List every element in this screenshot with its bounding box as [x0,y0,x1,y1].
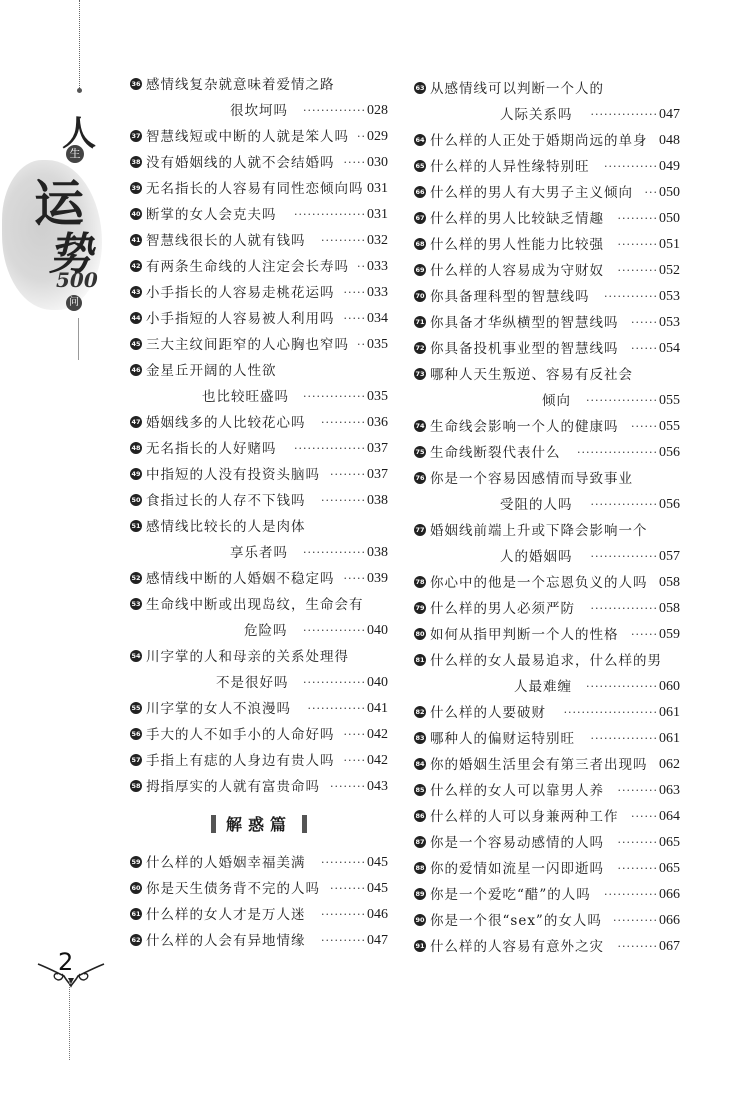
entry-page-number: 039 [367,566,388,592]
toc-entry: 89你是一个爱吃“醋”的人吗············066 [414,882,680,908]
entry-number-badge: 61 [130,908,142,920]
entry-number-badge: 52 [130,572,142,584]
entry-page-number: 063 [659,778,680,804]
entry-title: 感情线中断的人婚姻不稳定吗 [146,571,335,587]
entry-number-badge: 80 [414,628,426,640]
entry-page-number: 041 [367,696,388,722]
entry-number-badge: 38 [130,156,142,168]
entry-number-badge: 75 [414,446,426,458]
entry-title: 无名指长的人容易有同性恋倾向吗 [146,181,364,197]
entry-number-badge: 76 [414,472,426,484]
toc-entry: 人际关系吗···············047 [414,102,680,128]
leader-dots: ········· [610,830,658,856]
entry-title: 什么样的人婚姻幸福美满 [146,855,306,871]
toc-list-right: 63从感情线可以判断一个人的人际关系吗···············04764什… [414,76,680,960]
entry-number-badge: 40 [130,208,142,220]
toc-entry: 82什么样的人要破财·····················061 [414,700,680,726]
entry-page-number: 043 [367,774,388,800]
title-char-sheng: 生 [66,145,84,163]
entry-page-number: 065 [659,856,680,882]
entry-page-number: 046 [367,902,388,928]
entry-number-badge: 85 [414,784,426,796]
entry-title: 婚姻线前端上升或下降会影响一个 [430,523,648,539]
entry-number-badge: 51 [130,520,142,532]
leader-dots: ····· [341,748,367,774]
section-bar-right [302,815,307,833]
leader-dots: ····· [341,306,367,332]
entry-page-number: 067 [659,934,680,960]
entry-page-number: 035 [367,332,388,358]
toc-entry: 73哪种人天生叛逆、容易有反社会 [414,362,680,388]
leader-dots: ······ [625,310,659,336]
leader-dots: ·· [355,332,366,358]
toc-entry: 44小手指短的人容易被人利用吗·····034 [130,306,388,332]
leader-dots: ····· [341,280,367,306]
leader-dots: ······ [625,414,659,440]
leader-dots: ··············· [579,544,659,570]
entry-number-badge: 37 [130,130,142,142]
leader-dots: ·· [355,124,366,150]
leader-dots: ·········· [312,850,367,876]
entry-number-badge: 56 [130,728,142,740]
leader-dots: ·············· [295,384,366,410]
entry-title: 智慧线短或中断的人就是笨人吗 [146,129,349,145]
leader-dots: ············ [597,882,658,908]
leader-dots: ········· [610,934,658,960]
entry-page-number: 037 [367,462,388,488]
entry-title: 生命线断裂代表什么 [430,445,561,461]
entry-number-badge: 54 [130,650,142,662]
toc-entry: 享乐者吗··············038 [130,540,388,566]
entry-title: 你是一个容易动感情的人吗 [430,835,604,851]
entry-number-badge: 50 [130,494,142,506]
entry-number-badge: 42 [130,260,142,272]
entry-page-number: 059 [659,622,680,648]
leader-dots: ················ [283,436,367,462]
entry-title: 手大的人不如手小的人命好吗 [146,727,335,743]
entry-title: 你的爱情如流星一闪即逝吗 [430,861,604,877]
toc-entry: 90你是一个很“sex”的女人吗··········066 [414,908,680,934]
toc-left-column: 36感情线复杂就意味着爱情之路很坎坷吗··············02837智慧… [130,72,388,954]
toc-entry: 54川字掌的人和母亲的关系处理得 [130,644,388,670]
entry-title: 什么样的女人才是万人迷 [146,907,306,923]
entry-title: 生命线会影响一个人的健康吗 [430,419,619,435]
decorative-dotted-line-top [79,0,80,88]
entry-page-number: 042 [367,748,388,774]
entry-page-number: 040 [367,670,388,696]
entry-title: 川字掌的人和母亲的关系处理得 [146,649,349,665]
toc-entry: 39无名指长的人容易有同性恋倾向吗031 [130,176,388,202]
leader-dots: ··············· [581,596,658,622]
entry-title: 三大主纹间距窄的人心胸也窄吗 [146,337,349,353]
leader-dots: ·········· [312,928,367,954]
leader-dots: ······ [625,336,659,362]
entry-number-badge: 62 [130,934,142,946]
entry-page-number: 034 [367,306,388,332]
toc-entry: 57手指上有痣的人身边有贵人吗·····042 [130,748,388,774]
entry-title: 人最难缠 [514,679,572,695]
toc-entry: 37智慧线短或中断的人就是笨人吗··029 [130,124,388,150]
entry-title: 倾向 [542,393,571,409]
entry-title: 你心中的他是一个忘恩负义的人吗 [430,575,648,591]
entry-title: 你是天生债务背不完的人吗 [146,881,320,897]
entry-page-number: 045 [367,850,388,876]
entry-number-badge: 41 [130,234,142,246]
entry-number-badge: 46 [130,364,142,376]
entry-page-number: 035 [367,384,388,410]
entry-page-number: 050 [659,180,680,206]
entry-page-number: 047 [367,928,388,954]
leader-dots: ········· [610,232,658,258]
entry-number-badge: 57 [130,754,142,766]
entry-page-number: 045 [367,876,388,902]
toc-entry: 72你具备投机事业型的智慧线吗······054 [414,336,680,362]
entry-number-badge: 71 [414,316,426,328]
toc-entry: 64什么样的人正处于婚期尚远的单身048 [414,128,680,154]
entry-title: 中指短的人没有投资头脑吗 [146,467,320,483]
decorative-dotted-line-bottom [69,980,70,1060]
entry-title: 没有婚姻线的人就不会结婚吗 [146,155,335,171]
toc-entry: 88你的爱情如流星一闪即逝吗·········065 [414,856,680,882]
entry-number-badge: 66 [414,186,426,198]
entry-page-number: 047 [659,102,680,128]
leader-dots: ··· [639,180,658,206]
entry-page-number: 038 [367,488,388,514]
entry-number-badge: 89 [414,888,426,900]
entry-number-badge: 83 [414,732,426,744]
entry-page-number: 042 [367,722,388,748]
entry-page-number: 064 [659,804,680,830]
entry-title: 危险吗 [244,623,288,639]
toc-entry: 67什么样的男人比较缺乏情趣·········050 [414,206,680,232]
leader-dots: ··············· [579,492,659,518]
entry-page-number: 055 [659,388,680,414]
entry-page-number: 032 [367,228,388,254]
leader-dots: ··············· [579,102,659,128]
entry-title: 智慧线很长的人就有钱吗 [146,233,306,249]
entry-page-number: 031 [367,176,388,202]
entry-number-badge: 63 [414,82,426,94]
leader-dots: ········· [610,856,658,882]
entry-title: 从感情线可以判断一个人的 [430,81,604,97]
entry-title: 川字掌的女人不浪漫吗 [146,701,291,717]
entry-number-badge: 74 [414,420,426,432]
toc-entry: 59什么样的人婚姻幸福美满··········045 [130,850,388,876]
entry-number-badge: 49 [130,468,142,480]
leader-dots: ················ [577,388,658,414]
entry-title: 你具备才华纵横型的智慧线吗 [430,315,619,331]
entry-number-badge: 90 [414,914,426,926]
toc-list-left-b: 59什么样的人婚姻幸福美满··········04560你是天生债务背不完的人吗… [130,850,388,954]
toc-entry: 49中指短的人没有投资头脑吗········037 [130,462,388,488]
entry-number-badge: 55 [130,702,142,714]
entry-title: 享乐者吗 [230,545,288,561]
entry-title: 你具备投机事业型的智慧线吗 [430,341,619,357]
entry-title: 感情线比较长的人是肉体 [146,519,306,535]
toc-entry: 45三大主纹间距窄的人心胸也窄吗··035 [130,332,388,358]
toc-entry: 人最难缠················060 [414,674,680,700]
entry-page-number: 028 [367,98,388,124]
entry-title: 你的婚姻生活里会有第三者出现吗 [430,757,648,773]
leader-dots: ·············· [294,540,366,566]
title-char-wen: 问 [66,295,82,311]
toc-entry: 78你心中的他是一个忘恩负义的人吗058 [414,570,680,596]
entry-title: 你是一个容易因感情而导致事业 [430,471,633,487]
entry-number-badge: 36 [130,78,142,90]
leader-dots: ········ [326,876,366,902]
entry-page-number: 050 [659,206,680,232]
entry-number-badge: 44 [130,312,142,324]
entry-title: 小手指短的人容易被人利用吗 [146,311,335,327]
toc-entry: 受阻的人吗···············056 [414,492,680,518]
entry-page-number: 036 [367,410,388,436]
leader-dots: ·········· [608,908,658,934]
entry-title: 你具备理科型的智慧线吗 [430,289,590,305]
entry-title: 也比较旺盛吗 [202,389,289,405]
entry-number-badge: 87 [414,836,426,848]
entry-page-number: 033 [367,254,388,280]
entry-number-badge: 65 [414,160,426,172]
leader-dots: ············ [596,284,659,310]
entry-page-number: 040 [367,618,388,644]
leader-dots: ················ [283,202,367,228]
entry-number-badge: 67 [414,212,426,224]
entry-number-badge: 69 [414,264,426,276]
entry-page-number: 062 [659,752,680,778]
entry-page-number: 056 [659,440,680,466]
decorative-dot [77,88,82,93]
toc-entry: 46金星丘开阔的人性欲 [130,358,388,384]
entry-number-badge: 72 [414,342,426,354]
leader-dots: ·················· [567,440,659,466]
entry-number-badge: 53 [130,598,142,610]
entry-title: 什么样的人容易有意外之灾 [430,939,604,955]
toc-entry: 85什么样的女人可以靠男人养·········063 [414,778,680,804]
toc-entry: 84你的婚姻生活里会有第三者出现吗062 [414,752,680,778]
entry-title: 什么样的人容易成为守财奴 [430,263,604,279]
entry-number-badge: 58 [130,780,142,792]
leader-dots: ············· [297,696,366,722]
entry-number-badge: 60 [130,882,142,894]
toc-entry: 52感情线中断的人婚姻不稳定吗·····039 [130,566,388,592]
toc-entry: 40断掌的女人会克夫吗················031 [130,202,388,228]
toc-entry: 42有两条生命线的人注定会长寿吗··033 [130,254,388,280]
entry-title: 什么样的男人必须严防 [430,601,575,617]
book-title-logo: 人 生 运 势 500 问 [0,100,120,320]
toc-entry: 66什么样的男人有大男子主义倾向···050 [414,180,680,206]
toc-entry: 51感情线比较长的人是肉体 [130,514,388,540]
entry-title: 不是很好吗 [216,675,289,691]
toc-entry: 81什么样的女人最易追求，什么样的男 [414,648,680,674]
entry-number-badge: 78 [414,576,426,588]
entry-number-badge: 84 [414,758,426,770]
toc-entry: 77婚姻线前端上升或下降会影响一个 [414,518,680,544]
entry-title: 哪种人的偏财运特别旺 [430,731,575,747]
entry-number-badge: 68 [414,238,426,250]
toc-entry: 38没有婚姻线的人就不会结婚吗·····030 [130,150,388,176]
title-number: 500 [56,268,98,292]
toc-entry: 80如何从指甲判断一个人的性格······059 [414,622,680,648]
leader-dots: ·········· [312,228,367,254]
leader-dots: ············ [596,154,659,180]
entry-page-number: 048 [659,128,680,154]
entry-number-badge: 47 [130,416,142,428]
toc-entry: 86什么样的人可以身兼两种工作······064 [414,804,680,830]
entry-page-number: 038 [367,540,388,566]
entry-number-badge: 45 [130,338,142,350]
entry-number-badge: 59 [130,856,142,868]
entry-title: 什么样的人正处于婚期尚远的单身 [430,133,648,149]
leader-dots: ····· [341,150,367,176]
entry-title: 感情线复杂就意味着爱情之路 [146,77,335,93]
page-ornament-icon [36,958,106,988]
entry-number-badge: 82 [414,706,426,718]
entry-title: 拇指厚实的人就有富贵命吗 [146,779,320,795]
toc-entry: 43小手指长的人容易走桃花运吗·····033 [130,280,388,306]
entry-title: 金星丘开阔的人性欲 [146,363,277,379]
entry-title: 人际关系吗 [500,107,573,123]
leader-dots: ········· [610,206,658,232]
leader-dots: ··············· [581,726,658,752]
leader-dots: ·········· [312,488,367,514]
entry-page-number: 066 [659,908,680,934]
leader-dots: ·············· [294,98,366,124]
toc-entry: 71你具备才华纵横型的智慧线吗······053 [414,310,680,336]
toc-entry: 63从感情线可以判断一个人的 [414,76,680,102]
section-header: 解惑篇 [130,812,388,844]
leader-dots: ·············· [295,670,367,696]
toc-entry: 58拇指厚实的人就有富贵命吗········043 [130,774,388,800]
toc-entry: 68什么样的男人性能力比较强·········051 [414,232,680,258]
toc-entry: 70你具备理科型的智慧线吗············053 [414,284,680,310]
entry-page-number: 061 [659,726,680,752]
leader-dots: ······ [625,804,659,830]
leader-dots: ················ [578,674,658,700]
entry-number-badge: 39 [130,182,142,194]
entry-page-number: 052 [659,258,680,284]
toc-entry: 62什么样的人会有异地情缘··········047 [130,928,388,954]
toc-right-column: 63从感情线可以判断一个人的人际关系吗···············04764什… [414,76,680,960]
entry-title: 小手指长的人容易走桃花运吗 [146,285,335,301]
toc-entry: 危险吗··············040 [130,618,388,644]
entry-page-number: 065 [659,830,680,856]
toc-list-left-a: 36感情线复杂就意味着爱情之路很坎坷吗··············02837智慧… [130,72,388,800]
entry-number-badge: 48 [130,442,142,454]
entry-number-badge: 79 [414,602,426,614]
leader-dots: ·········· [312,410,367,436]
entry-title: 什么样的男人性能力比较强 [430,237,604,253]
entry-number-badge: 77 [414,524,426,536]
leader-dots: ······ [625,622,659,648]
entry-title: 什么样的人可以身兼两种工作 [430,809,619,825]
toc-entry: 倾向················055 [414,388,680,414]
toc-entry: 79什么样的男人必须严防···············058 [414,596,680,622]
toc-entry: 61什么样的女人才是万人迷··········046 [130,902,388,928]
entry-title: 什么样的女人最易追求，什么样的男 [430,653,662,669]
entry-page-number: 030 [367,150,388,176]
entry-title: 受阻的人吗 [500,497,573,513]
entry-number-badge: 64 [414,134,426,146]
entry-title: 什么样的女人可以靠男人养 [430,783,604,799]
toc-entry: 87你是一个容易动感情的人吗·········065 [414,830,680,856]
entry-number-badge: 70 [414,290,426,302]
toc-entry: 47婚姻线多的人比较花心吗··········036 [130,410,388,436]
entry-page-number: 049 [659,154,680,180]
entry-title: 哪种人天生叛逆、容易有反社会 [430,367,633,383]
entry-page-number: 033 [367,280,388,306]
toc-entry: 人的婚姻吗···············057 [414,544,680,570]
leader-dots: ·············· [294,618,367,644]
toc-entry: 也比较旺盛吗··············035 [130,384,388,410]
toc-entry: 41智慧线很长的人就有钱吗··········032 [130,228,388,254]
leader-dots: ····· [341,722,367,748]
entry-page-number: 054 [659,336,680,362]
section-title: 解惑篇 [226,812,292,835]
entry-title: 什么样的男人有大男子主义倾向 [430,185,633,201]
toc-entry: 不是很好吗··············040 [130,670,388,696]
toc-entry: 74生命线会影响一个人的健康吗······055 [414,414,680,440]
entry-title: 什么样的人要破财 [430,705,546,721]
entry-page-number: 060 [659,674,680,700]
entry-page-number: 029 [367,124,388,150]
entry-page-number: 058 [659,596,680,622]
entry-title: 你是一个很“sex”的女人吗 [430,913,602,929]
entry-number-badge: 81 [414,654,426,666]
entry-page-number: 031 [367,202,388,228]
entry-page-number: 061 [659,700,680,726]
toc-entry: 56手大的人不如手小的人命好吗·····042 [130,722,388,748]
toc-entry: 75生命线断裂代表什么··················056 [414,440,680,466]
entry-title: 有两条生命线的人注定会长寿吗 [146,259,349,275]
entry-number-badge: 88 [414,862,426,874]
decorative-line-middle [78,318,79,360]
entry-number-badge: 73 [414,368,426,380]
entry-page-number: 057 [659,544,680,570]
leader-dots: ········ [326,774,366,800]
toc-entry: 53生命线中断或出现岛纹，生命会有 [130,592,388,618]
leader-dots: ········· [610,778,658,804]
toc-entry: 91什么样的人容易有意外之灾·········067 [414,934,680,960]
entry-title: 无名指长的人好赌吗 [146,441,277,457]
toc-entry: 55川字掌的女人不浪漫吗·············041 [130,696,388,722]
entry-title: 你是一个爱吃“醋”的人吗 [430,887,591,903]
leader-dots: ····················· [552,700,658,726]
toc-entry: 69什么样的人容易成为守财奴·········052 [414,258,680,284]
entry-page-number: 056 [659,492,680,518]
leader-dots: ········· [610,258,658,284]
section-bar-left [211,815,216,833]
leader-dots: ·········· [312,902,367,928]
leader-dots: ····· [341,566,367,592]
entry-number-badge: 86 [414,810,426,822]
entry-page-number: 058 [659,570,680,596]
entry-page-number: 053 [659,284,680,310]
entry-title: 如何从指甲判断一个人的性格 [430,627,619,643]
entry-page-number: 055 [659,414,680,440]
toc-entry: 65什么样的人异性缘特别旺············049 [414,154,680,180]
entry-page-number: 053 [659,310,680,336]
entry-title: 婚姻线多的人比较花心吗 [146,415,306,431]
entry-title: 很坎坷吗 [230,103,288,119]
leader-dots: ········ [326,462,366,488]
toc-entry: 很坎坷吗··············028 [130,98,388,124]
leader-dots: ·· [355,254,366,280]
entry-title: 人的婚姻吗 [500,549,573,565]
entry-title: 什么样的男人比较缺乏情趣 [430,211,604,227]
entry-number-badge: 91 [414,940,426,952]
entry-title: 断掌的女人会克夫吗 [146,207,277,223]
toc-entry: 60你是天生债务背不完的人吗········045 [130,876,388,902]
